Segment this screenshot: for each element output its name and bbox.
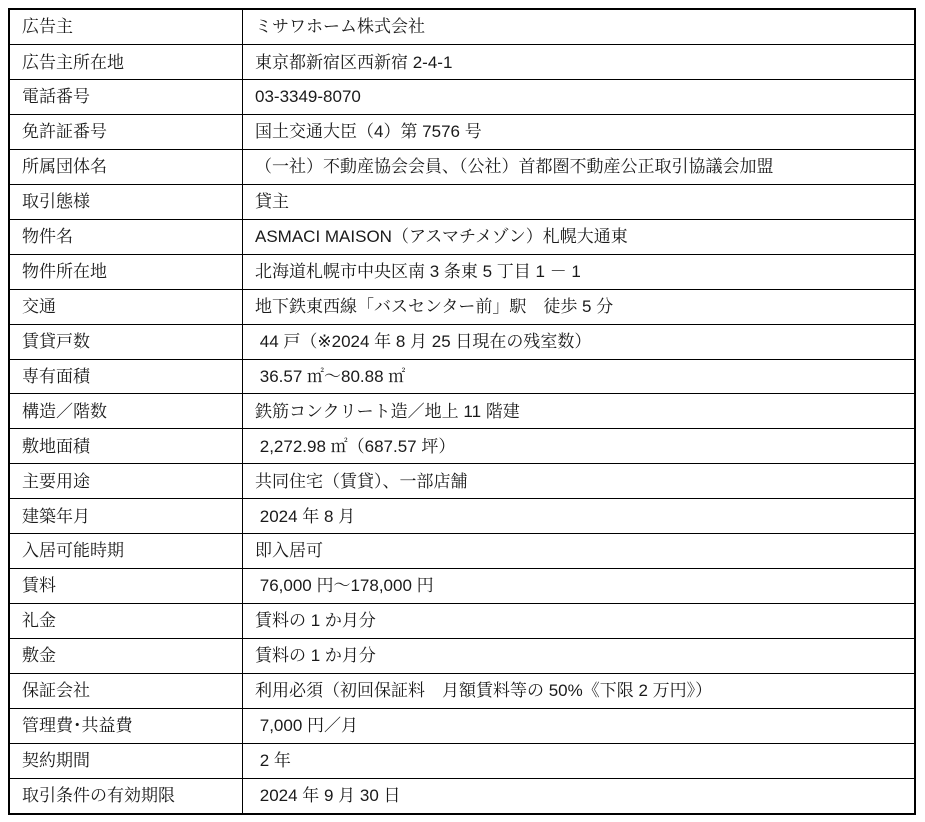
row-value: 36.57 ㎡～80.88 ㎡ [243, 359, 916, 394]
row-label: 免許証番号 [9, 115, 243, 150]
table-row: 物件名ASMACI MAISON（アスマチメゾン）札幌大通東 [9, 219, 915, 254]
row-value: 7,000 円／月 [243, 708, 916, 743]
table-row: 賃料 76,000 円～178,000 円 [9, 569, 915, 604]
table-row: 専有面積 36.57 ㎡～80.88 ㎡ [9, 359, 915, 394]
row-label: 広告主所在地 [9, 45, 243, 80]
row-label: 物件名 [9, 219, 243, 254]
row-label: 建築年月 [9, 499, 243, 534]
table-row: 取引条件の有効期限 2024 年 9 月 30 日 [9, 778, 915, 814]
row-value: 賃料の 1 か月分 [243, 638, 916, 673]
table-row: 広告主ミサワホーム株式会社 [9, 9, 915, 45]
row-label: 所属団体名 [9, 149, 243, 184]
table-row: 免許証番号国土交通大臣（4）第 7576 号 [9, 115, 915, 150]
table-row: 賃貸戸数 44 戸（※2024 年 8 月 25 日現在の残室数） [9, 324, 915, 359]
row-value: 2024 年 9 月 30 日 [243, 778, 916, 814]
row-label: 賃貸戸数 [9, 324, 243, 359]
table-body: 広告主ミサワホーム株式会社広告主所在地東京都新宿区西新宿 2-4-1電話番号03… [9, 9, 915, 814]
row-label: 主要用途 [9, 464, 243, 499]
row-label: 専有面積 [9, 359, 243, 394]
row-value: ミサワホーム株式会社 [243, 9, 916, 45]
table-row: 構造／階数鉄筋コンクリート造／地上 11 階建 [9, 394, 915, 429]
row-value: 貸主 [243, 184, 916, 219]
row-value: 44 戸（※2024 年 8 月 25 日現在の残室数） [243, 324, 916, 359]
table-row: 物件所在地北海道札幌市中央区南 3 条東 5 丁目 1 － 1 [9, 254, 915, 289]
row-label: 管理費･共益費 [9, 708, 243, 743]
table-row: 交通地下鉄東西線「バスセンター前」駅 徒歩 5 分 [9, 289, 915, 324]
row-label: 敷金 [9, 638, 243, 673]
property-info-table: 広告主ミサワホーム株式会社広告主所在地東京都新宿区西新宿 2-4-1電話番号03… [8, 8, 916, 815]
row-label: 敷地面積 [9, 429, 243, 464]
row-value: 地下鉄東西線「バスセンター前」駅 徒歩 5 分 [243, 289, 916, 324]
row-value: 国土交通大臣（4）第 7576 号 [243, 115, 916, 150]
row-value: 76,000 円～178,000 円 [243, 569, 916, 604]
row-label: 入居可能時期 [9, 534, 243, 569]
row-label: 物件所在地 [9, 254, 243, 289]
row-value: 共同住宅（賃貸）、一部店舗 [243, 464, 916, 499]
table-row: 保証会社利用必須（初回保証料 月額賃料等の 50%《下限 2 万円》） [9, 673, 915, 708]
row-value: 利用必須（初回保証料 月額賃料等の 50%《下限 2 万円》） [243, 673, 916, 708]
table-row: 入居可能時期即入居可 [9, 534, 915, 569]
table-row: 礼金賃料の 1 か月分 [9, 603, 915, 638]
row-label: 賃料 [9, 569, 243, 604]
row-value: 北海道札幌市中央区南 3 条東 5 丁目 1 － 1 [243, 254, 916, 289]
row-label: 取引態様 [9, 184, 243, 219]
table-row: 契約期間 2 年 [9, 743, 915, 778]
row-label: 契約期間 [9, 743, 243, 778]
row-value: 即入居可 [243, 534, 916, 569]
row-value: （一社）不動産協会会員、（公社）首都圏不動産公正取引協議会加盟 [243, 149, 916, 184]
table-row: 建築年月 2024 年 8 月 [9, 499, 915, 534]
row-label: 保証会社 [9, 673, 243, 708]
row-value: 鉄筋コンクリート造／地上 11 階建 [243, 394, 916, 429]
table-row: 電話番号03-3349-8070 [9, 80, 915, 115]
table-row: 主要用途共同住宅（賃貸）、一部店舗 [9, 464, 915, 499]
row-label: 広告主 [9, 9, 243, 45]
row-label: 取引条件の有効期限 [9, 778, 243, 814]
table-row: 管理費･共益費 7,000 円／月 [9, 708, 915, 743]
row-value: 03-3349-8070 [243, 80, 916, 115]
row-value: 2,272.98 ㎡（687.57 坪） [243, 429, 916, 464]
row-value: 賃料の 1 か月分 [243, 603, 916, 638]
table-row: 取引態様貸主 [9, 184, 915, 219]
row-value: 東京都新宿区西新宿 2-4-1 [243, 45, 916, 80]
table-row: 敷金賃料の 1 か月分 [9, 638, 915, 673]
document-page: 広告主ミサワホーム株式会社広告主所在地東京都新宿区西新宿 2-4-1電話番号03… [0, 0, 925, 822]
row-label: 礼金 [9, 603, 243, 638]
row-label: 交通 [9, 289, 243, 324]
row-value: ASMACI MAISON（アスマチメゾン）札幌大通東 [243, 219, 916, 254]
row-label: 構造／階数 [9, 394, 243, 429]
table-row: 所属団体名（一社）不動産協会会員、（公社）首都圏不動産公正取引協議会加盟 [9, 149, 915, 184]
table-row: 広告主所在地東京都新宿区西新宿 2-4-1 [9, 45, 915, 80]
row-value: 2024 年 8 月 [243, 499, 916, 534]
table-row: 敷地面積 2,272.98 ㎡（687.57 坪） [9, 429, 915, 464]
row-value: 2 年 [243, 743, 916, 778]
row-label: 電話番号 [9, 80, 243, 115]
